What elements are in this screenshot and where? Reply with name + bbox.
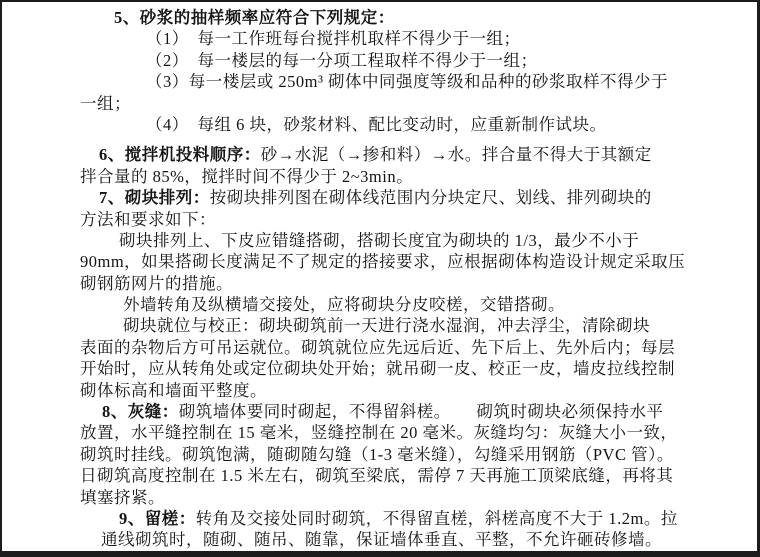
doc-line-item-3-wrap: 一组； <box>80 93 697 114</box>
line-text: 方法和要求如下： <box>80 210 216 229</box>
line-text: 开始时，应从转角处或定位砌块处开始；就吊砌一皮、校正一皮，墙皮拉线控制 <box>80 359 675 378</box>
line-text: 砂→水泥（→掺和料）→水。拌合量不得大于其额定 <box>261 145 652 164</box>
doc-line-para-wrap: 表面的杂物后方可吊运就位。砌筑就位应先远后近、先下后上、先外后内；每层 <box>80 337 697 358</box>
doc-line-section-8-wrap: 填塞挤紧。 <box>80 487 697 508</box>
line-text: 砌体标高和墙面平整度。 <box>80 381 267 400</box>
line-text: 放置，水平缝控制在 15 毫米，竖缝控制在 20 毫米。灰缝均匀：灰缝大小一致， <box>80 423 678 442</box>
doc-line-section-9-wrap: 通线砌筑时，随砌、随吊、随靠，保证墙体垂直、平整，不允许砸砖修墙。 <box>80 529 697 550</box>
line-text: （4） 每组 6 块，砂浆材料、配比变动时，应重新制作试块。 <box>146 115 607 134</box>
line-text: 转角及交接处同时砌筑，不得留直槎，斜槎高度不大于 1.2m。拉 <box>196 509 678 528</box>
line-text: 90mm，如果搭砌长度满足不了规定的搭接要求，应根据砌体构造设计规定采取压 <box>80 252 685 271</box>
doc-line-item-3: （3）每一楼层或 250m³ 砌体中同强度等级和品种的砂浆取样不得少于 <box>80 71 697 92</box>
line-text: 砌钢筋网片的措施。 <box>80 274 233 293</box>
line-text: （1） 每一工作班每台搅拌机取样不得少于一组； <box>146 29 521 48</box>
doc-line-section-7: 7、砌块排列：按砌块排列图在砌体线范围内分块定尺、划线、排列砌块的 <box>80 187 697 208</box>
section-6-title: 6、搅拌机投料顺序： <box>99 145 261 164</box>
document-page: 5、砂浆的抽样频率应符合下列规定： （1） 每一工作班每台搅拌机取样不得少于一组… <box>0 0 760 557</box>
line-text: 外墙转角及纵横墙交接处，应将砌块分皮咬槎，交错搭砌。 <box>123 295 565 314</box>
doc-line-section-9: 9、留槎：转角及交接处同时砌筑，不得留直槎，斜槎高度不大于 1.2m。拉 <box>80 508 697 529</box>
doc-line-section-8-wrap: 砌筑时挂线。砌筑饱满，随砌随勾缝（1-3 毫米缝），勾缝采用钢筋（PVC 管）。 <box>80 444 697 465</box>
line-text: 一组； <box>80 94 131 113</box>
line-text: 通线砌筑时，随砌、随吊、随靠，保证墙体垂直、平整，不允许砸砖修墙。 <box>101 530 662 549</box>
line-text: 砌筑时挂线。砌筑饱满，随砌随勾缝（1-3 毫米缝），勾缝采用钢筋（PVC 管）。 <box>80 445 674 464</box>
doc-line-section-8: 8、灰缝：砌筑墙体要同时砌起，不得留斜槎。 砌筑时砌块必须保持水平 <box>80 401 697 422</box>
line-text: 砌筑墙体要同时砌起，不得留斜槎。 砌筑时砌块必须保持水平 <box>179 402 664 421</box>
section-5-title: 5、砂浆的抽样频率应符合下列规定： <box>114 8 395 27</box>
doc-line-para-wrap: 90mm，如果搭砌长度满足不了规定的搭接要求，应根据砌体构造设计规定采取压 <box>80 251 697 272</box>
doc-line-item-1: （1） 每一工作班每台搅拌机取样不得少于一组； <box>80 28 697 49</box>
doc-line-section-8-wrap: 日砌筑高度控制在 1.5 米左右，砌筑至梁底，需停 7 天再施工顶梁底缝，再将其 <box>80 465 697 486</box>
doc-line-para: 砌块就位与校正：砌块砌筑前一天进行浇水湿润，冲去浮尘，清除砌块 <box>80 315 697 336</box>
doc-line-item-4: （4） 每组 6 块，砂浆材料、配比变动时，应重新制作试块。 <box>80 114 697 135</box>
doc-line-section-7-wrap: 方法和要求如下： <box>80 209 697 230</box>
doc-line-para-wrap: 砌钢筋网片的措施。 <box>80 273 697 294</box>
line-text: 拌合量的 85%，搅拌时间不得少于 2~3min。 <box>80 167 413 186</box>
line-text: （2） 每一楼层的每一分项工程取样不得少于一组； <box>146 51 538 70</box>
section-9-title: 9、留槎： <box>119 509 196 528</box>
line-text: 砌块排列上、下皮应错缝搭砌，搭砌长度宜为砌块的 1/3，最少不小于 <box>119 231 639 250</box>
doc-line-section-8-wrap: 放置，水平缝控制在 15 毫米，竖缝控制在 20 毫米。灰缝均匀：灰缝大小一致， <box>80 422 697 443</box>
doc-line-para-wrap: 开始时，应从转角处或定位砌块处开始；就吊砌一皮、校正一皮，墙皮拉线控制 <box>80 358 697 379</box>
line-text: 砌块就位与校正：砌块砌筑前一天进行浇水湿润，冲去浮尘，清除砌块 <box>123 316 650 335</box>
doc-line-para: 外墙转角及纵横墙交接处，应将砌块分皮咬槎，交错搭砌。 <box>80 294 697 315</box>
doc-line-item-2: （2） 每一楼层的每一分项工程取样不得少于一组； <box>80 50 697 71</box>
doc-line-para-wrap: 砌体标高和墙面平整度。 <box>80 380 697 401</box>
doc-line-section-6: 6、搅拌机投料顺序：砂→水泥（→掺和料）→水。拌合量不得大于其额定 <box>80 144 697 165</box>
line-text: 按砌块排列图在砌体线范围内分块定尺、划线、排列砌块的 <box>210 188 652 207</box>
doc-line-para: 砌块排列上、下皮应错缝搭砌，搭砌长度宜为砌块的 1/3，最少不小于 <box>80 230 697 251</box>
section-7-title: 7、砌块排列： <box>99 188 210 207</box>
line-text: 填塞挤紧。 <box>80 488 165 507</box>
line-text: 日砌筑高度控制在 1.5 米左右，砌筑至梁底，需停 7 天再施工顶梁底缝，再将其 <box>80 466 673 485</box>
doc-line-section-6-wrap: 拌合量的 85%，搅拌时间不得少于 2~3min。 <box>80 166 697 187</box>
section-8-title: 8、灰缝： <box>102 402 179 421</box>
line-text: 表面的杂物后方可吊运就位。砌筑就位应先远后近、先下后上、先外后内；每层 <box>80 338 675 357</box>
doc-line-section-5-heading: 5、砂浆的抽样频率应符合下列规定： <box>80 7 697 28</box>
line-text: （3）每一楼层或 250m³ 砌体中同强度等级和品种的砂浆取样不得少于 <box>146 72 668 91</box>
